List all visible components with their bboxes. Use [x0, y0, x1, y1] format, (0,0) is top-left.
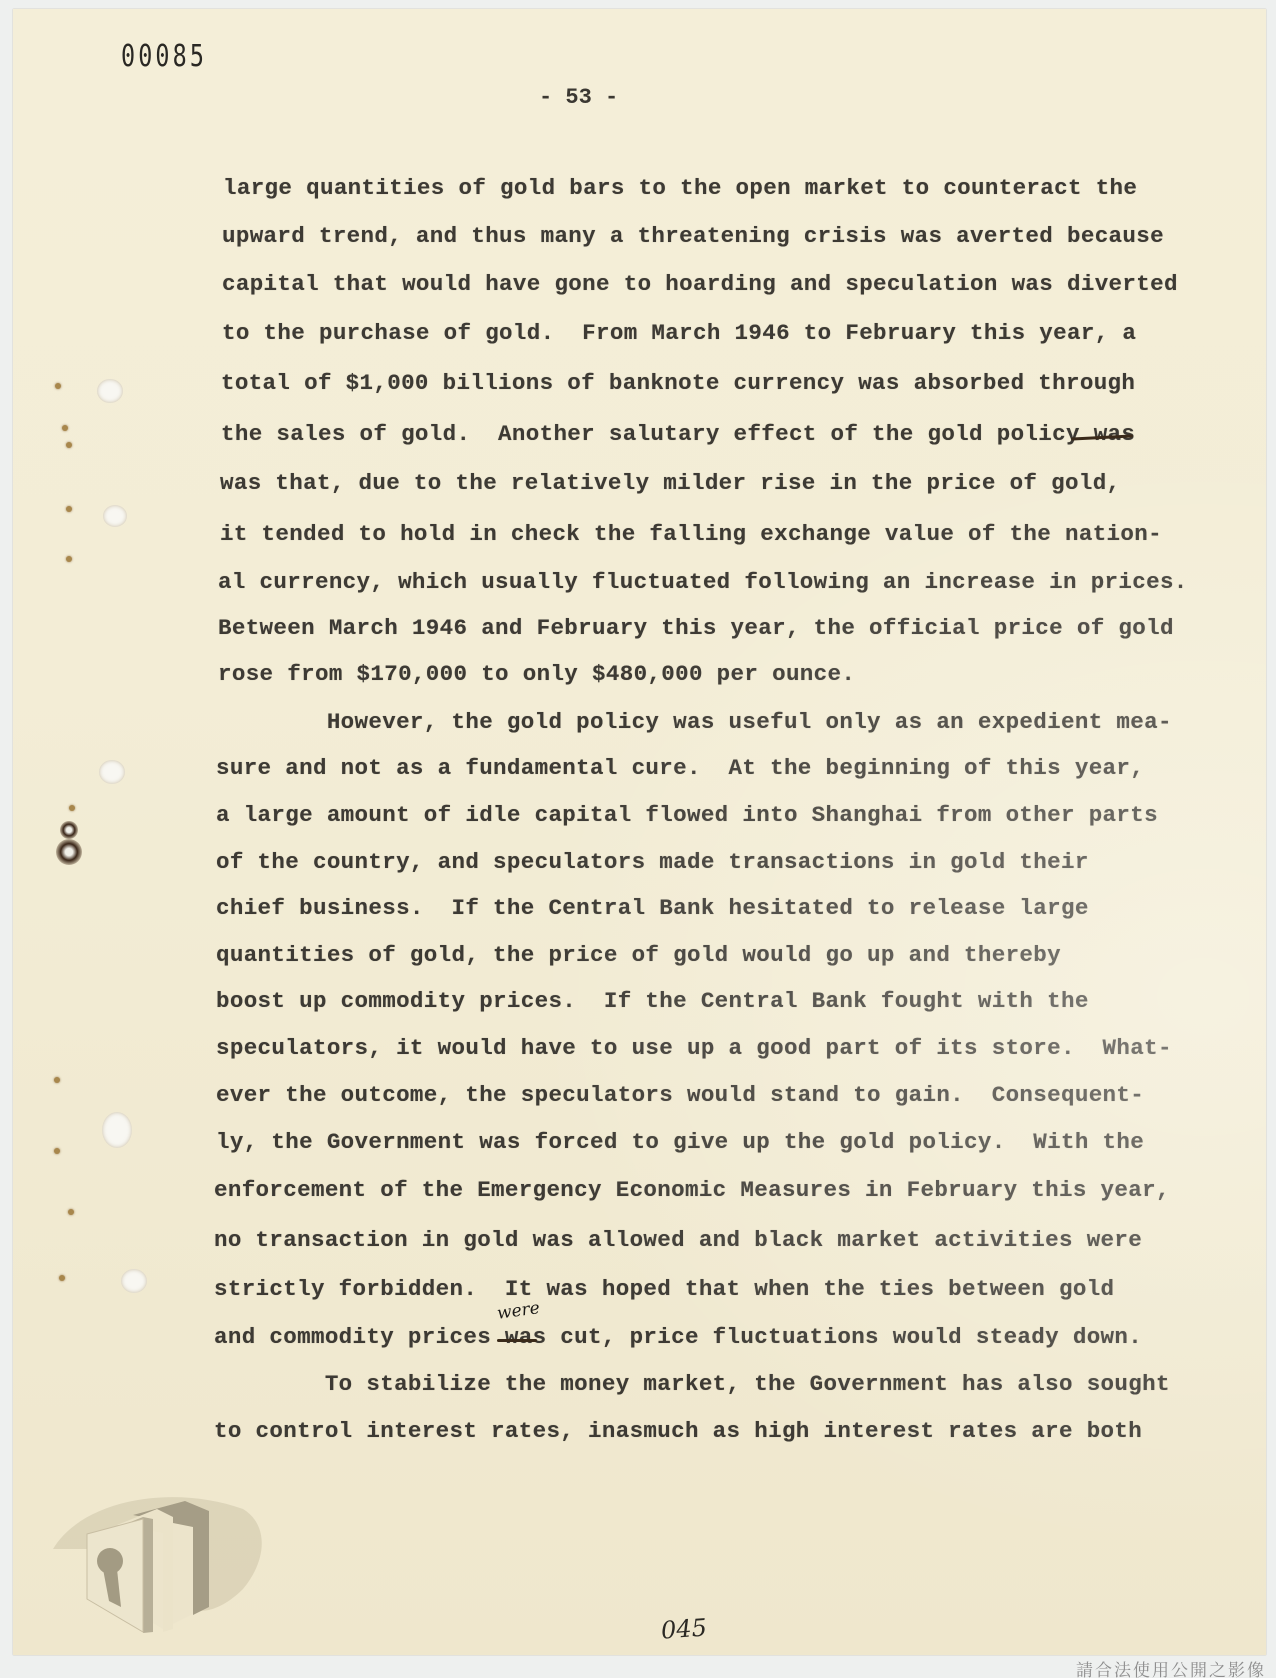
text-line: it tended to hold in check the falling e… — [220, 521, 1162, 547]
text-line: al currency, which usually fluctuated fo… — [218, 569, 1188, 595]
typed-body-text: large quantities of gold bars to the ope… — [13, 9, 1266, 1655]
archive-book-keyhole-logo-icon — [53, 1489, 283, 1669]
text-line: To stabilize the money market, the Gover… — [214, 1371, 1170, 1397]
text-line: was that, due to the relatively milder r… — [220, 470, 1120, 496]
text-line: enforcement of the Emergency Economic Me… — [214, 1177, 1170, 1203]
handwritten-folio-number: 045 — [660, 1613, 708, 1644]
text-line: no transaction in gold was allowed and b… — [214, 1227, 1142, 1253]
text-line: capital that would have gone to hoarding… — [222, 271, 1178, 297]
text-line: sure and not as a fundamental cure. At t… — [216, 755, 1144, 781]
text-line: the sales of gold. Another salutary effe… — [221, 421, 1135, 447]
text-line: chief business. If the Central Bank hesi… — [216, 895, 1089, 921]
text-line: boost up commodity prices. If the Centra… — [216, 988, 1089, 1014]
text-line: Between March 1946 and February this yea… — [218, 615, 1174, 641]
text-line: to the purchase of gold. From March 1946… — [222, 320, 1136, 346]
text-line: total of $1,000 billions of banknote cur… — [221, 370, 1135, 396]
text-line: However, the gold policy was useful only… — [216, 709, 1172, 735]
text-line: large quantities of gold bars to the ope… — [223, 175, 1137, 201]
text-line: to control interest rates, inasmuch as h… — [214, 1418, 1142, 1444]
text-line: of the country, and speculators made tra… — [216, 849, 1089, 875]
text-line: and commodity prices was cut, price fluc… — [214, 1324, 1142, 1350]
text-line: rose from $170,000 to only $480,000 per … — [218, 661, 855, 687]
text-line: strictly forbidden. It was hoped that wh… — [214, 1276, 1114, 1302]
text-line: upward trend, and thus many a threatenin… — [222, 223, 1164, 249]
text-line: ever the outcome, the speculators would … — [216, 1082, 1144, 1108]
usage-notice: 請合法使用公開之影像 — [1076, 1656, 1266, 1678]
document-page: 00085 - 53 - large quantities of gold ba… — [13, 9, 1266, 1655]
text-line: quantities of gold, the price of gold wo… — [216, 942, 1061, 968]
text-line: ly, the Government was forced to give up… — [216, 1129, 1144, 1155]
text-line: a large amount of idle capital flowed in… — [216, 802, 1158, 828]
strikethrough-mark — [497, 1339, 537, 1342]
text-line: speculators, it would have to use up a g… — [216, 1035, 1172, 1061]
